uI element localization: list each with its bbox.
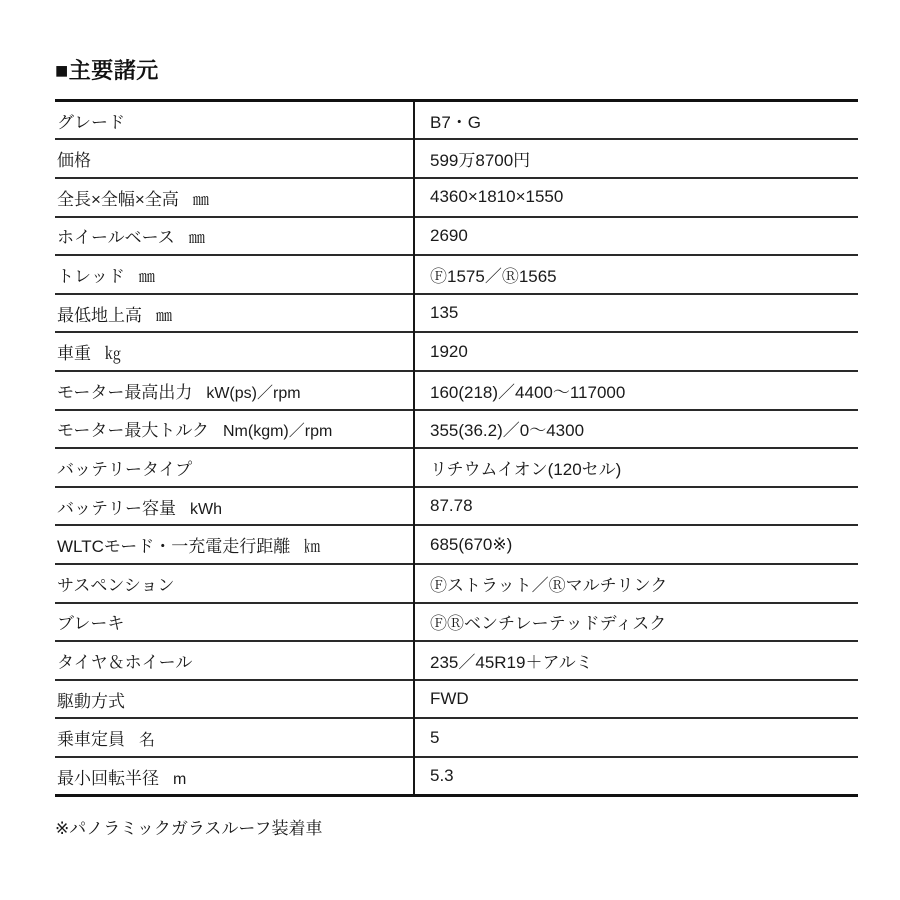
spec-label: トレッド xyxy=(57,267,125,286)
spec-sheet: ■主要諸元 グレードB7・G価格599万8700円全長×全幅×全高㎜4360×1… xyxy=(55,58,858,839)
spec-unit: kW(ps)／rpm xyxy=(206,385,300,402)
spec-table-body: グレードB7・G価格599万8700円全長×全幅×全高㎜4360×1810×15… xyxy=(55,101,858,796)
spec-value: 685(670※) xyxy=(430,535,512,554)
spec-row: 最小回転半径m5.3 xyxy=(55,757,858,796)
spec-unit: ㎏ xyxy=(105,346,121,363)
spec-label: ブレーキ xyxy=(57,614,124,633)
spec-value-cell: 135 xyxy=(414,294,858,333)
spec-value: Ⓕ1575／Ⓡ1565 xyxy=(430,267,557,286)
spec-value: 355(36.2)／0～4300 xyxy=(430,421,584,440)
spec-value: 599万8700円 xyxy=(430,151,530,170)
spec-value: 2690 xyxy=(430,226,468,245)
spec-label-cell: ブレーキ xyxy=(55,603,414,642)
spec-unit: ㎜ xyxy=(189,230,205,247)
spec-label-cell: バッテリー容量kWh xyxy=(55,487,414,526)
spec-row: バッテリータイプリチウムイオン(120セル) xyxy=(55,448,858,487)
spec-value-cell: Ⓕ1575／Ⓡ1565 xyxy=(414,255,858,294)
spec-row: グレードB7・G xyxy=(55,101,858,140)
spec-value-cell: B7・G xyxy=(414,101,858,140)
spec-value-cell: FWD xyxy=(414,680,858,719)
spec-value: B7・G xyxy=(430,113,481,132)
spec-label-cell: 車重㎏ xyxy=(55,332,414,371)
spec-label-cell: 乗車定員名 xyxy=(55,718,414,757)
page-title-text: 主要諸元 xyxy=(69,58,159,83)
spec-value-cell: 685(670※) xyxy=(414,525,858,564)
spec-value-cell: 1920 xyxy=(414,332,858,371)
spec-value-cell: 2690 xyxy=(414,217,858,256)
spec-row: ブレーキⒻⓇベンチレーテッドディスク xyxy=(55,603,858,642)
spec-row: サスペンションⒻストラット／Ⓡマルチリンク xyxy=(55,564,858,603)
spec-value: 5.3 xyxy=(430,766,454,785)
spec-value-cell: 5 xyxy=(414,718,858,757)
spec-row: バッテリー容量kWh87.78 xyxy=(55,487,858,526)
spec-value-cell: ⒻⓇベンチレーテッドディスク xyxy=(414,603,858,642)
spec-label: バッテリータイプ xyxy=(57,460,192,479)
spec-value: 160(218)／4400～117000 xyxy=(430,383,625,402)
spec-label-cell: 価格 xyxy=(55,139,414,178)
spec-unit: m xyxy=(173,771,186,788)
spec-value-cell: 599万8700円 xyxy=(414,139,858,178)
spec-value-cell: 87.78 xyxy=(414,487,858,526)
spec-label: グレード xyxy=(57,113,125,132)
spec-label: 最低地上高 xyxy=(57,306,142,325)
spec-value: FWD xyxy=(430,689,469,708)
spec-label-cell: トレッド㎜ xyxy=(55,255,414,294)
spec-label: サスペンション xyxy=(57,576,175,595)
spec-value-cell: 5.3 xyxy=(414,757,858,796)
spec-label: WLTCモード・一充電走行距離 xyxy=(57,537,290,556)
spec-unit: ㎜ xyxy=(139,269,155,286)
spec-label: 価格 xyxy=(57,151,91,170)
spec-label-cell: モーター最大トルクNm(kgm)／rpm xyxy=(55,410,414,449)
spec-label: 車重 xyxy=(57,344,91,363)
spec-value: 4360×1810×1550 xyxy=(430,187,563,206)
spec-table: グレードB7・G価格599万8700円全長×全幅×全高㎜4360×1810×15… xyxy=(55,99,858,797)
spec-label: 駆動方式 xyxy=(57,692,125,711)
spec-value-cell: 235／45R19＋アルミ xyxy=(414,641,858,680)
spec-value: 135 xyxy=(430,303,458,322)
spec-label: ホイールベース xyxy=(57,228,175,247)
spec-label: バッテリー容量 xyxy=(57,499,176,518)
spec-label-cell: グレード xyxy=(55,101,414,140)
spec-row: 乗車定員名5 xyxy=(55,718,858,757)
spec-label: 乗車定員 xyxy=(57,730,125,749)
spec-label: モーター最大トルク xyxy=(57,421,209,440)
spec-value-cell: リチウムイオン(120セル) xyxy=(414,448,858,487)
spec-row: タイヤ＆ホイール235／45R19＋アルミ xyxy=(55,641,858,680)
spec-row: 車重㎏1920 xyxy=(55,332,858,371)
spec-row: トレッド㎜Ⓕ1575／Ⓡ1565 xyxy=(55,255,858,294)
page-title: ■主要諸元 xyxy=(55,58,858,84)
spec-unit: kWh xyxy=(190,501,222,518)
spec-unit: ㎞ xyxy=(304,539,320,556)
spec-label-cell: 最低地上高㎜ xyxy=(55,294,414,333)
spec-unit: Nm(kgm)／rpm xyxy=(223,423,332,440)
spec-value-cell: 160(218)／4400～117000 xyxy=(414,371,858,410)
spec-row: 最低地上高㎜135 xyxy=(55,294,858,333)
spec-label-cell: 最小回転半径m xyxy=(55,757,414,796)
spec-label-cell: 全長×全幅×全高㎜ xyxy=(55,178,414,217)
spec-value: リチウムイオン(120セル) xyxy=(430,460,621,479)
spec-value-cell: 355(36.2)／0～4300 xyxy=(414,410,858,449)
spec-label: モーター最高出力 xyxy=(57,383,192,402)
spec-label-cell: WLTCモード・一充電走行距離㎞ xyxy=(55,525,414,564)
spec-label-cell: 駆動方式 xyxy=(55,680,414,719)
spec-unit: ㎜ xyxy=(193,192,209,209)
spec-value: 1920 xyxy=(430,342,468,361)
spec-label-cell: バッテリータイプ xyxy=(55,448,414,487)
square-bullet-icon: ■ xyxy=(55,58,69,83)
spec-value: ⒻⓇベンチレーテッドディスク xyxy=(430,614,666,633)
spec-unit: ㎜ xyxy=(156,308,172,325)
spec-label: 最小回転半径 xyxy=(57,769,159,788)
spec-row: 価格599万8700円 xyxy=(55,139,858,178)
spec-row: 駆動方式FWD xyxy=(55,680,858,719)
spec-label-cell: タイヤ＆ホイール xyxy=(55,641,414,680)
spec-row: モーター最大トルクNm(kgm)／rpm355(36.2)／0～4300 xyxy=(55,410,858,449)
spec-value: Ⓕストラット／Ⓡマルチリンク xyxy=(430,576,667,595)
spec-value-cell: Ⓕストラット／Ⓡマルチリンク xyxy=(414,564,858,603)
spec-label: 全長×全幅×全高 xyxy=(57,190,179,209)
spec-value-cell: 4360×1810×1550 xyxy=(414,178,858,217)
spec-value: 87.78 xyxy=(430,496,473,515)
spec-label: タイヤ＆ホイール xyxy=(57,653,192,672)
spec-row: WLTCモード・一充電走行距離㎞685(670※) xyxy=(55,525,858,564)
spec-value: 235／45R19＋アルミ xyxy=(430,653,593,672)
spec-unit: 名 xyxy=(139,732,155,749)
footnote: ※パノラミックガラスルーフ装着車 xyxy=(55,814,858,839)
spec-row: モーター最高出力kW(ps)／rpm160(218)／4400～117000 xyxy=(55,371,858,410)
spec-label-cell: ホイールベース㎜ xyxy=(55,217,414,256)
spec-row: 全長×全幅×全高㎜4360×1810×1550 xyxy=(55,178,858,217)
spec-label-cell: モーター最高出力kW(ps)／rpm xyxy=(55,371,414,410)
spec-row: ホイールベース㎜2690 xyxy=(55,217,858,256)
spec-value: 5 xyxy=(430,728,439,747)
spec-label-cell: サスペンション xyxy=(55,564,414,603)
